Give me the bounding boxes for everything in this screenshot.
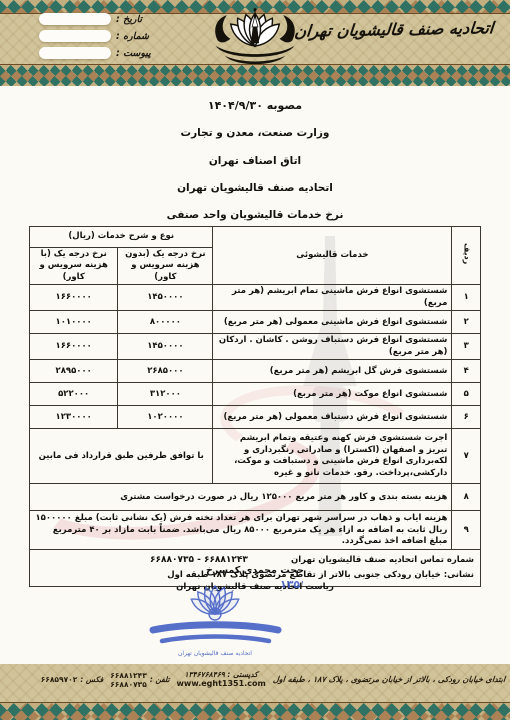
footer-phone-block: تلفن : ۶۶۸۸۱۲۴۳ ۶۶۸۸۰۷۳۵ bbox=[110, 671, 169, 689]
footer-postal-code: کدپستی : ۱۳۴۶۷۶۸۴۶۹ bbox=[185, 670, 258, 679]
col-header-type-group: نوع و شرح خدمات (ریال) bbox=[30, 227, 213, 248]
ornament-border-mid bbox=[0, 64, 510, 88]
number-label: شماره : bbox=[116, 31, 158, 42]
date-blank-box bbox=[39, 13, 111, 25]
table-row-4: ۴ شستشوی فرش گل ابریشم (هر متر مربع) ۲۶۸… bbox=[30, 360, 481, 383]
footer-address: ابتدای خیابان رودکی ، بالاتر از خیابان م… bbox=[272, 675, 505, 684]
date-field: تاریخ : bbox=[8, 12, 158, 26]
table-row-5: ۵ شستشوی انواع موکت (هر متر مربع) ۳۱۲۰۰۰… bbox=[30, 383, 481, 406]
ministry-line: وزارت صنعت، معدن و تجارت bbox=[0, 127, 510, 139]
union-stamp: ۱۳۵۱ اتحادیه صنف قالیشویان تهران bbox=[128, 574, 303, 662]
attachment-blank-box bbox=[39, 47, 111, 59]
col-header-row-number: ردیف bbox=[452, 227, 481, 285]
table-row-6: ۶ شستشوی انواع فرش دستباف معمولی (هر متر… bbox=[30, 406, 481, 429]
stamp-year: ۱۳۵۱ bbox=[280, 578, 303, 591]
footer-website: www.eght1351.com bbox=[177, 679, 266, 689]
table-row-7: ۷ اجرت شستشوی فرش کهنه وعتیقه وتمام ابری… bbox=[30, 429, 481, 484]
footer-fax-label: فکس : bbox=[80, 675, 103, 684]
number-blank-box bbox=[39, 30, 111, 42]
approval-line: مصوبه ۱۴۰۴/۹/۳۰ bbox=[0, 99, 510, 112]
footer-phone-numbers: ۶۶۸۸۱۲۴۳ ۶۶۸۸۰۷۳۵ bbox=[110, 671, 147, 689]
table-row-9: ۹ هزینه ایاب و ذهاب در سراسر شهر تهران ب… bbox=[30, 511, 481, 550]
footer-postal-web: کدپستی : ۱۳۴۶۷۶۸۴۶۹ www.eght1351.com bbox=[177, 670, 266, 689]
footer-fax-number: ۶۶۸۵۹۷۰۲ bbox=[41, 675, 78, 684]
footer-phone-2: ۶۶۸۸۰۷۳۵ bbox=[110, 680, 147, 689]
number-field: شماره : bbox=[8, 29, 158, 43]
col-header-rate-without: نرخ درجه یک (بدون هزینه سرویس و کاور) bbox=[118, 248, 213, 285]
negotiated-price-cell: با توافق طرفین طبق قرارداد فی مابین bbox=[30, 429, 213, 484]
document-body: مصوبه ۱۴۰۴/۹/۳۰ وزارت صنعت، معدن و تجارت… bbox=[0, 86, 510, 664]
subject-line: نرخ خدمات قالیشویان واحد صنفی bbox=[0, 209, 510, 221]
stamp-caption: اتحادیه صنف قالیشویان تهران bbox=[178, 650, 252, 657]
footer-phone-label: تلفن : bbox=[150, 675, 170, 684]
table-row-8: ۸ هزینه بسته بندی و کاور هر متر مربع ۱۲۵… bbox=[30, 484, 481, 511]
scanned-letterhead-document: اتحادیه صنف قالیشویان تهران تاریخ : bbox=[0, 0, 510, 720]
ornament-border-bottom bbox=[0, 702, 510, 720]
col-header-service: خدمات قالیشوئی bbox=[213, 227, 452, 285]
attachment-field: پیوست : bbox=[8, 46, 158, 60]
footer-band: ابتدای خیابان رودکی ، بالاتر از خیابان م… bbox=[0, 664, 510, 720]
union-lotus-logo bbox=[200, 6, 310, 66]
letterhead-band: اتحادیه صنف قالیشویان تهران تاریخ : bbox=[0, 0, 510, 86]
letterhead-fields: تاریخ : شماره : پیوست : bbox=[8, 12, 158, 60]
footer-fax-block: فکس : ۶۶۸۵۹۷۰۲ bbox=[41, 675, 104, 684]
price-table: ردیف خدمات قالیشوئی نوع و شرح خدمات (ریا… bbox=[29, 226, 481, 587]
footer-contact-row: ابتدای خیابان رودکی ، بالاتر از خیابان م… bbox=[3, 670, 505, 689]
col-header-rate-with: نرخ درجه یک (با هزینه سرویس و کاور) bbox=[30, 248, 118, 285]
table-row-1: ۱ شستشوی انواع فرش ماشینی تمام ابریشم (ه… bbox=[30, 285, 481, 311]
footer-phone-1: ۶۶۸۸۱۲۴۳ bbox=[110, 671, 147, 680]
org-calligraphy-title: اتحادیه صنف قالیشویان تهران bbox=[287, 18, 501, 41]
chamber-line: اتاق اصناف تهران bbox=[0, 155, 510, 167]
attachment-label: پیوست : bbox=[116, 48, 158, 59]
date-label: تاریخ : bbox=[116, 14, 158, 25]
union-line: اتحادیه صنف قالیشویان تهران bbox=[0, 182, 510, 194]
table-row-3: ۳ شستشوی انواع فرش دستباف روشن . کاشان .… bbox=[30, 334, 481, 360]
table-row-2: ۲ شستشوی انواع فرش ماشینی معمولی (هر متر… bbox=[30, 311, 481, 334]
